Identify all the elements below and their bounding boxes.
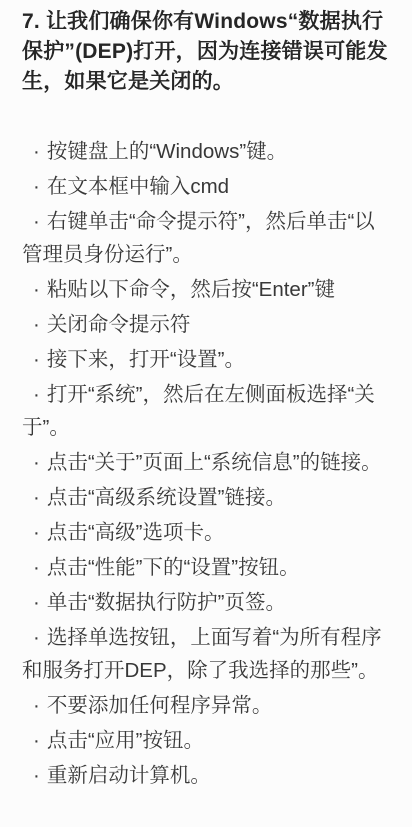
list-item: ·点击“关于”页面上“系统信息”的链接。: [22, 446, 394, 479]
list-item: ·接下来，打开“设置”。: [22, 343, 394, 376]
list-item: ·在文本框中输入cmd: [22, 170, 394, 203]
list-item: ·关闭命令提示符: [22, 308, 394, 341]
list-item: ·单击“数据执行防护”页签。: [22, 586, 394, 619]
article: 7. 让我们确保你有Windows“数据执行保护”(DEP)打开，因为连接错误可…: [0, 0, 412, 827]
step-text: 粘贴以下命令，然后按“Enter”键: [47, 278, 335, 301]
step-text: 点击“应用”按钮。: [47, 729, 204, 752]
list-item: ·点击“应用”按钮。: [22, 724, 394, 757]
bullet-marker: ·: [33, 521, 40, 544]
bullet-marker: ·: [33, 313, 40, 336]
step-text: 打开“系统”，然后在左侧面板选择“关于”。: [22, 383, 375, 439]
bullet-marker: ·: [33, 383, 40, 406]
step-text: 点击“高级”选项卡。: [47, 521, 225, 544]
step-text: 单击“数据执行防护”页签。: [47, 591, 286, 614]
steps-list: ·按键盘上的“Windows”键。·在文本框中输入cmd·右键单击“命令提示符”…: [22, 135, 394, 792]
list-item: ·重新启动计算机。: [22, 759, 394, 792]
step-text: 右键单击“命令提示符”，然后单击“以管理员身份运行”。: [22, 210, 375, 266]
list-item: ·粘贴以下命令，然后按“Enter”键: [22, 273, 394, 306]
bullet-marker: ·: [33, 210, 40, 233]
step-text: 选择单选按钮，上面写着“为所有程序和服务打开DEP，除了我选择的那些”。: [22, 626, 382, 682]
bullet-marker: ·: [33, 729, 40, 752]
list-item: ·点击“高级系统设置”链接。: [22, 481, 394, 514]
bullet-marker: ·: [33, 626, 40, 649]
bullet-marker: ·: [33, 591, 40, 614]
step-text: 点击“性能”下的“设置”按钮。: [47, 556, 300, 579]
bullet-marker: ·: [33, 486, 40, 509]
list-item: ·按键盘上的“Windows”键。: [22, 135, 394, 168]
bullet-marker: ·: [33, 175, 40, 198]
step-text: 不要添加任何程序异常。: [47, 694, 273, 717]
bullet-marker: ·: [33, 348, 40, 371]
list-item: ·选择单选按钮，上面写着“为所有程序和服务打开DEP，除了我选择的那些”。: [22, 621, 394, 687]
list-item: ·点击“性能”下的“设置”按钮。: [22, 551, 394, 584]
list-item: ·不要添加任何程序异常。: [22, 689, 394, 722]
list-item: ·打开“系统”，然后在左侧面板选择“关于”。: [22, 378, 394, 444]
list-item: ·点击“高级”选项卡。: [22, 516, 394, 549]
step-text: 重新启动计算机。: [47, 764, 211, 787]
bullet-marker: ·: [33, 694, 40, 717]
step-text: 按键盘上的“Windows”键。: [47, 140, 287, 163]
bullet-marker: ·: [33, 556, 40, 579]
bullet-marker: ·: [33, 451, 40, 474]
step-text: 接下来，打开“设置”。: [47, 348, 245, 371]
page-title: 7. 让我们确保你有Windows“数据执行保护”(DEP)打开，因为连接错误可…: [22, 7, 394, 97]
list-item: ·右键单击“命令提示符”，然后单击“以管理员身份运行”。: [22, 205, 394, 271]
bullet-marker: ·: [33, 764, 40, 787]
step-text: 关闭命令提示符: [47, 313, 191, 336]
step-text: 点击“关于”页面上“系统信息”的链接。: [47, 451, 382, 474]
step-text: 在文本框中输入cmd: [47, 175, 229, 198]
bullet-marker: ·: [33, 278, 40, 301]
step-text: 点击“高级系统设置”链接。: [47, 486, 286, 509]
bullet-marker: ·: [33, 140, 40, 163]
